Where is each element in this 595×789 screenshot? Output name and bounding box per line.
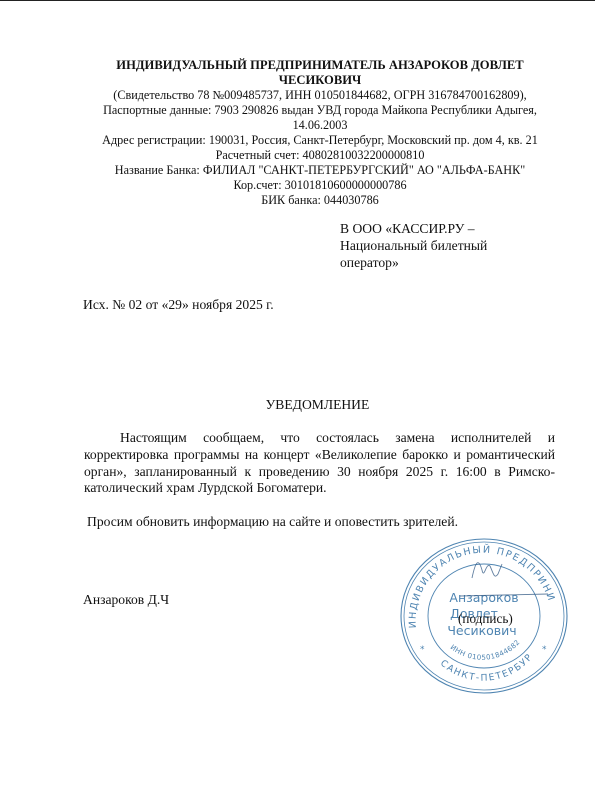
notice-request: Просим обновить информацию на сайте и оп… xyxy=(87,514,458,530)
corr-account-line: Кор.счет: 30101810600000000786 xyxy=(90,178,550,193)
stamp-inn-text: ИНН 010501844682 xyxy=(449,638,522,662)
account-line: Расчетный счет: 40802810032200000810 xyxy=(90,148,550,163)
addressee-line-2: Национальный билетный xyxy=(340,237,540,254)
notice-body: Настоящим сообщаем, что состоялась замен… xyxy=(84,430,555,497)
bank-line: Название Банка: ФИЛИАЛ "САНКТ-ПЕТЕРБУРГС… xyxy=(90,163,550,178)
signer-name: Анзароков Д.Ч xyxy=(83,592,169,608)
stamp-star-right: * xyxy=(542,645,547,655)
addressee-line-1: В ООО «КАССИР.РУ – xyxy=(340,220,540,237)
signature-label: (подпись) xyxy=(458,611,513,627)
certificate-line: (Свидетельство 78 №009485737, ИНН 010501… xyxy=(90,88,550,103)
title-line-2: ЧЕСИКОВИЧ xyxy=(90,73,550,88)
bik-line: БИК банка: 044030786 xyxy=(90,193,550,208)
notice-title: УВЕДОМЛЕНИЕ xyxy=(0,397,595,413)
stamp-star-left: * xyxy=(420,645,425,655)
address-line: Адрес регистрации: 190031, Россия, Санкт… xyxy=(90,133,550,148)
document-page: ИНДИВИДУАЛЬНЫЙ ПРЕДПРИНИМАТЕЛЬ АНЗАРОКОВ… xyxy=(0,0,595,789)
addressee-line-3: оператор» xyxy=(340,254,540,271)
addressee-block: В ООО «КАССИР.РУ – Национальный билетный… xyxy=(340,220,540,271)
outgoing-number: Исх. № 02 от «29» ноября 2025 г. xyxy=(83,297,274,313)
requisites-block: (Свидетельство 78 №009485737, ИНН 010501… xyxy=(90,88,550,208)
stamp-center-line-1: Анзароков xyxy=(449,590,518,605)
entrepreneur-title: ИНДИВИДУАЛЬНЫЙ ПРЕДПРИНИМАТЕЛЬ АНЗАРОКОВ… xyxy=(90,58,550,88)
passport-line-2: 14.06.2003 xyxy=(90,118,550,133)
passport-line-1: Паспортные данные: 7903 290826 выдан УВД… xyxy=(90,103,550,118)
title-line-1: ИНДИВИДУАЛЬНЫЙ ПРЕДПРИНИМАТЕЛЬ АНЗАРОКОВ… xyxy=(90,58,550,73)
